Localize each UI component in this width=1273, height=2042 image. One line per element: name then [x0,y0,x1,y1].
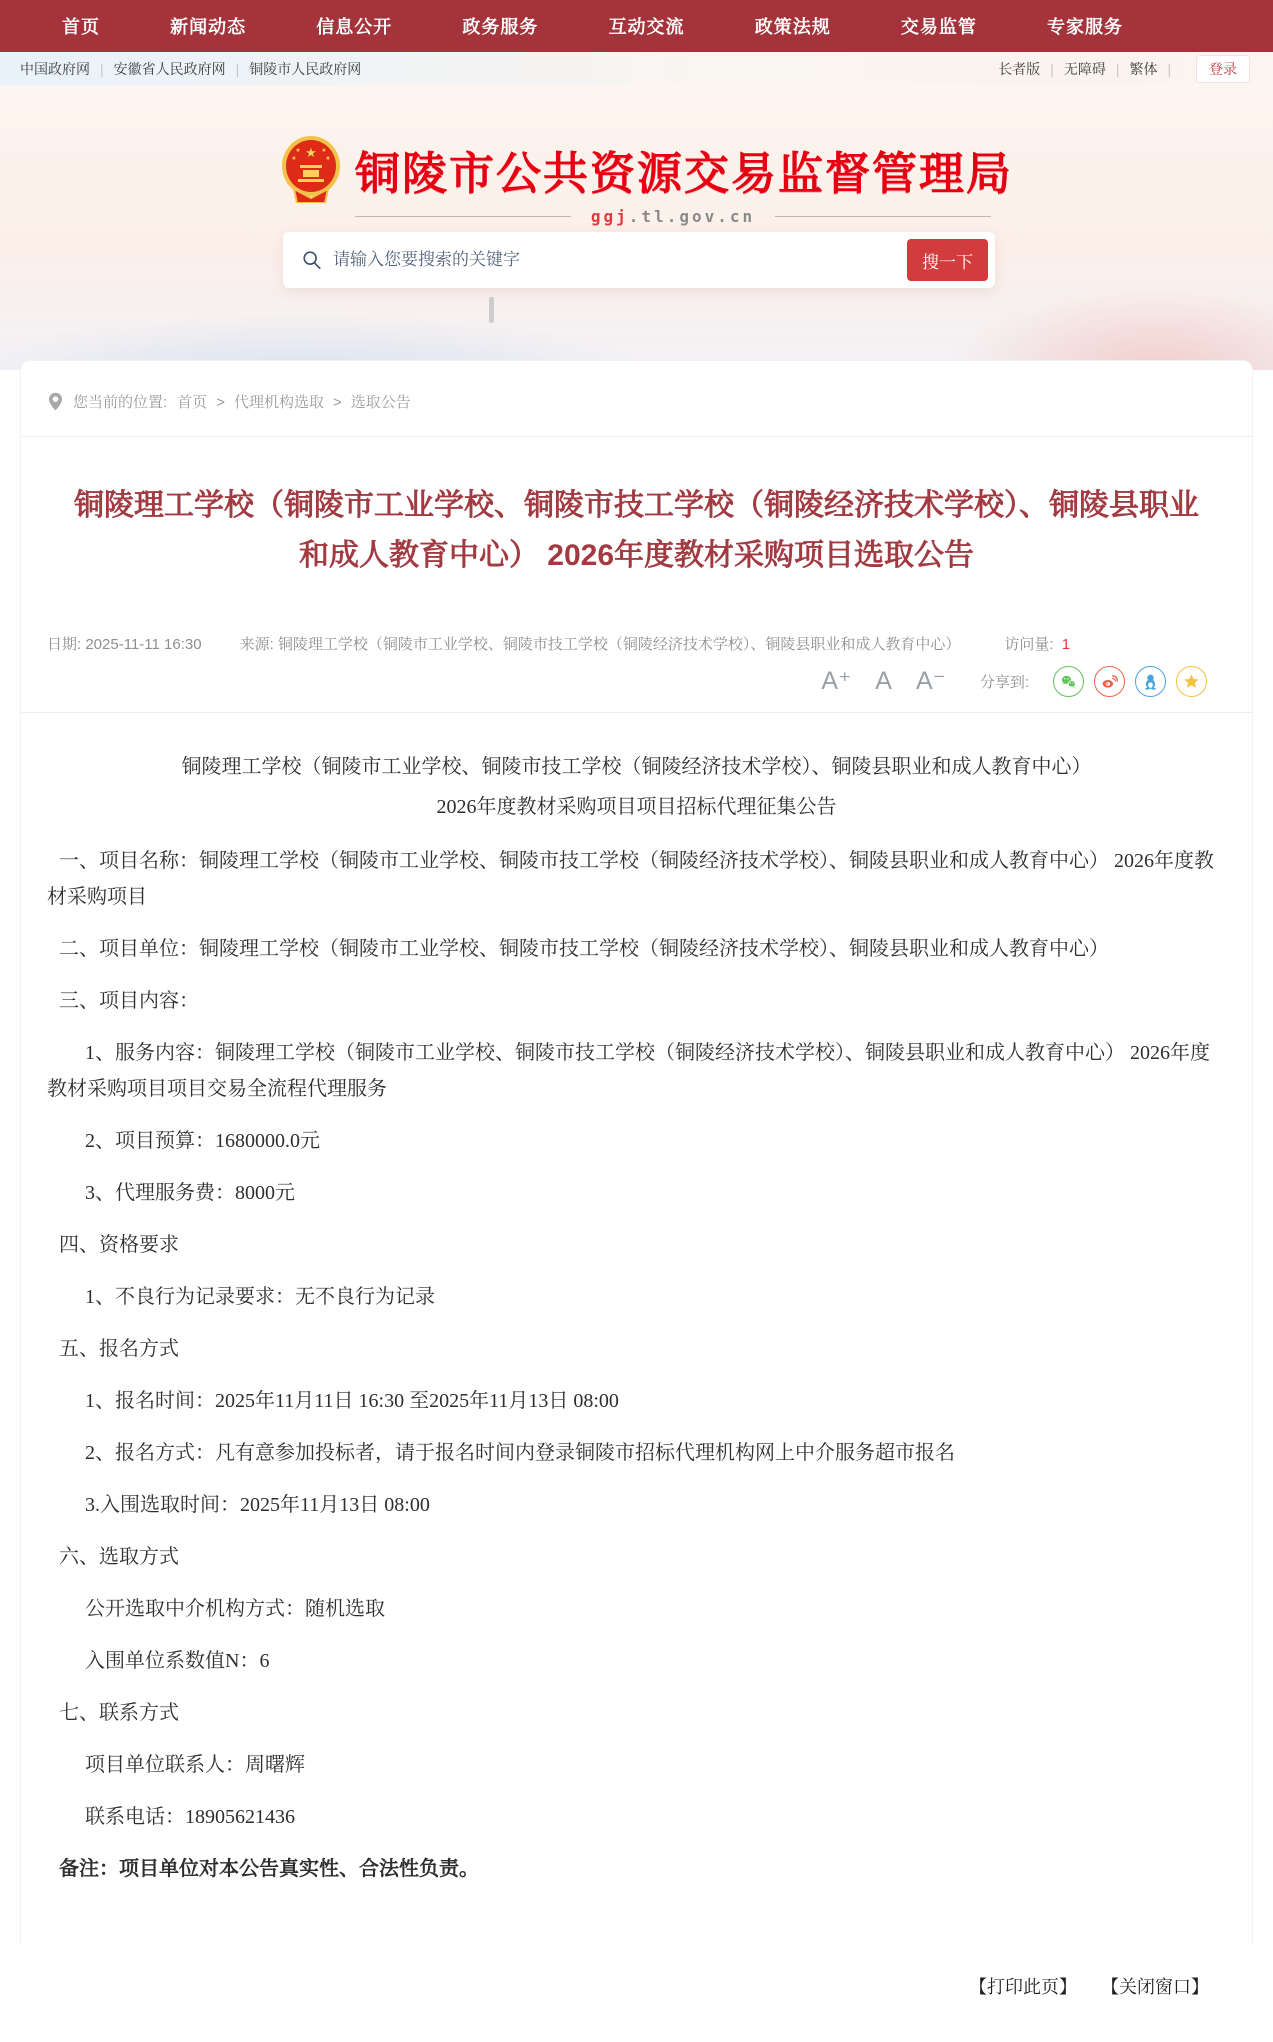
visits-count: 1 [1062,636,1070,653]
top-nav: 首页新闻动态信息公开政务服务互动交流政策法规交易监管专家服务 [0,0,1273,52]
body-heading-line1: 铜陵理工学校（铜陵市工业学校、铜陵市技工学校（铜陵经济技术学校）、铜陵县职业和成… [47,747,1226,787]
breadcrumb-prefix: 您当前的位置: [73,391,167,412]
article-paragraph: 三、项目内容： [47,983,1226,1019]
separator: | [1116,61,1120,77]
separator: | [1167,61,1171,77]
article-body: 铜陵理工学校（铜陵市工业学校、铜陵市技工学校（铜陵经济技术学校）、铜陵县职业和成… [21,713,1252,1887]
meta-date: 日期: 2025-11-11 16:30 [47,633,202,654]
article-paragraph: 1、服务内容：铜陵理工学校（铜陵市工业学校、铜陵市技工学校（铜陵经济技术学校）、… [47,1035,1226,1107]
article-paragraph: 五、报名方式 [47,1331,1226,1367]
article-paragraph: 四、资格要求 [47,1227,1226,1263]
article-paragraph: 公开选取中介机构方式：随机选取 [47,1591,1226,1627]
breadcrumb-link-3[interactable]: 选取公告 [351,394,411,411]
site-logo[interactable]: ★ ★ ★ ★ ★ 铜陵市公共资源交易监督管理局 [280,135,1013,203]
scroll-indicator [489,297,494,323]
site-header: ★ ★ ★ ★ ★ 铜陵市公共资源交易监督管理局 ggj.tl.gov.cn [0,85,1273,370]
gov-link-3[interactable]: 铜陵市人民政府网 [249,61,361,77]
nav-item-2[interactable]: 新闻动态 [170,13,246,39]
article-paragraph: 入围单位系数值N：6 [47,1643,1226,1679]
article-paragraph: 1、报名时间：2025年11月11日 16:30 至2025年11月13日 08… [47,1383,1226,1419]
access-link-3[interactable]: 繁体 [1129,61,1157,77]
national-emblem-icon: ★ ★ ★ ★ ★ [280,135,342,203]
article-paragraph: 联系电话：18905621436 [47,1799,1226,1835]
login-button[interactable]: 登录 [1197,56,1249,82]
breadcrumb-link-2[interactable]: 代理机构选取 [234,394,324,411]
paragraph-list: 一、项目名称：铜陵理工学校（铜陵市工业学校、铜陵市技工学校（铜陵经济技术学校）、… [47,843,1226,1887]
article-tools: A⁺ A A⁻ 分享到: [66,664,1207,698]
article-paragraph: 六、选取方式 [47,1539,1226,1575]
nav-item-7[interactable]: 交易监管 [901,13,977,39]
meta-visits: 访问量: 1 [1004,633,1070,654]
svg-text:★: ★ [305,145,317,160]
meta-source: 来源: 铜陵理工学校（铜陵市工业学校、铜陵市技工学校（铜陵经济技术学校）、铜陵县… [240,633,961,654]
qzone-icon[interactable] [1176,666,1207,697]
article-title: 铜陵理工学校（铜陵市工业学校、铜陵市技工学校（铜陵经济技术学校）、铜陵县职业和成… [61,481,1212,581]
breadcrumb: 您当前的位置: 首页>代理机构选取>选取公告 [21,361,1252,436]
svg-text:★: ★ [295,147,300,154]
share-label: 分享到: [980,671,1029,692]
sub-nav: 中国政府网|安徽省人民政府网|铜陵市人民政府网 长者版|无障碍|繁体| 登录 [0,52,1273,85]
separator: | [236,61,240,77]
nav-item-4[interactable]: 政务服务 [462,13,538,39]
divider [21,436,1252,437]
svg-text:★: ★ [325,155,330,162]
font-normal-button[interactable]: A [875,669,892,694]
page-actions: 【打印此页】 【关闭窗口】 [20,1945,1253,1999]
gov-link-1[interactable]: 中国政府网 [20,61,90,77]
article-paragraph: 2、报名方式：凡有意参加投标者，请于报名时间内登录铜陵市招标代理机构网上中介服务… [47,1435,1226,1471]
breadcrumb-separator: > [216,394,225,411]
gov-link-2[interactable]: 安徽省人民政府网 [114,61,226,77]
search-icon [301,249,323,271]
qq-icon[interactable] [1135,666,1166,697]
divider-line [355,216,571,217]
svg-text:★: ★ [321,147,326,154]
separator: | [100,61,104,77]
search-bar: 搜一下 [283,232,995,288]
content-card: 您当前的位置: 首页>代理机构选取>选取公告 铜陵理工学校（铜陵市工业学校、铜陵… [20,360,1253,1945]
article-paragraph: 3.入围选取时间：2025年11月13日 08:00 [47,1487,1226,1523]
access-links: 长者版|无障碍|繁体| 登录 [998,56,1249,82]
location-pin-icon [47,392,64,412]
article-paragraph: 1、不良行为记录要求：无不良行为记录 [47,1279,1226,1315]
site-title: 铜陵市公共资源交易监督管理局 [355,137,1013,202]
search-button[interactable]: 搜一下 [907,239,988,281]
access-links-slot: 长者版|无障碍|繁体| [998,61,1181,77]
close-window-button[interactable]: 【关闭窗口】 [1101,1973,1209,1999]
nav-item-6[interactable]: 政策法规 [755,13,831,39]
nav-item-5[interactable]: 互动交流 [609,13,685,39]
divider-line [775,216,991,217]
access-link-1[interactable]: 长者版 [998,61,1040,77]
body-heading-line2: 2026年度教材采购项目项目招标代理征集公告 [47,787,1226,827]
page: 首页新闻动态信息公开政务服务互动交流政策法规交易监管专家服务 中国政府网|安徽省… [0,0,1273,2042]
font-decrease-button[interactable]: A⁻ [916,669,946,694]
access-link-2[interactable]: 无障碍 [1064,61,1106,77]
site-url-row: ggj.tl.gov.cn [355,207,991,226]
nav-item-3[interactable]: 信息公开 [316,13,392,39]
weibo-icon[interactable] [1094,666,1125,697]
breadcrumb-link-1[interactable]: 首页 [177,394,207,411]
svg-text:★: ★ [291,155,296,162]
nav-item-1[interactable]: 首页 [62,13,100,39]
nav-item-8[interactable]: 专家服务 [1047,13,1123,39]
article-paragraph: 2、项目预算：1680000.0元 [47,1123,1226,1159]
article-paragraph: 二、项目单位：铜陵理工学校（铜陵市工业学校、铜陵市技工学校（铜陵经济技术学校）、… [47,931,1226,967]
wechat-icon[interactable] [1053,666,1084,697]
article-paragraph: 3、代理服务费：8000元 [47,1175,1226,1211]
gov-links: 中国政府网|安徽省人民政府网|铜陵市人民政府网 [20,59,361,79]
breadcrumb-separator: > [333,394,342,411]
separator: | [1050,61,1054,77]
print-page-button[interactable]: 【打印此页】 [969,1973,1077,1999]
article-paragraph: 项目单位联系人：周曙辉 [47,1747,1226,1783]
article-meta: 日期: 2025-11-11 16:30 来源: 铜陵理工学校（铜陵市工业学校、… [47,633,1226,654]
font-increase-button[interactable]: A⁺ [821,669,851,694]
site-url: ggj.tl.gov.cn [591,207,755,226]
article-paragraph: 七、联系方式 [47,1695,1226,1731]
article-paragraph: 一、项目名称：铜陵理工学校（铜陵市工业学校、铜陵市技工学校（铜陵经济技术学校）、… [47,843,1226,915]
search-input[interactable] [333,250,907,270]
breadcrumb-items: 首页>代理机构选取>选取公告 [177,391,411,412]
article-paragraph: 备注：项目单位对本公告真实性、合法性负责。 [47,1851,1226,1887]
